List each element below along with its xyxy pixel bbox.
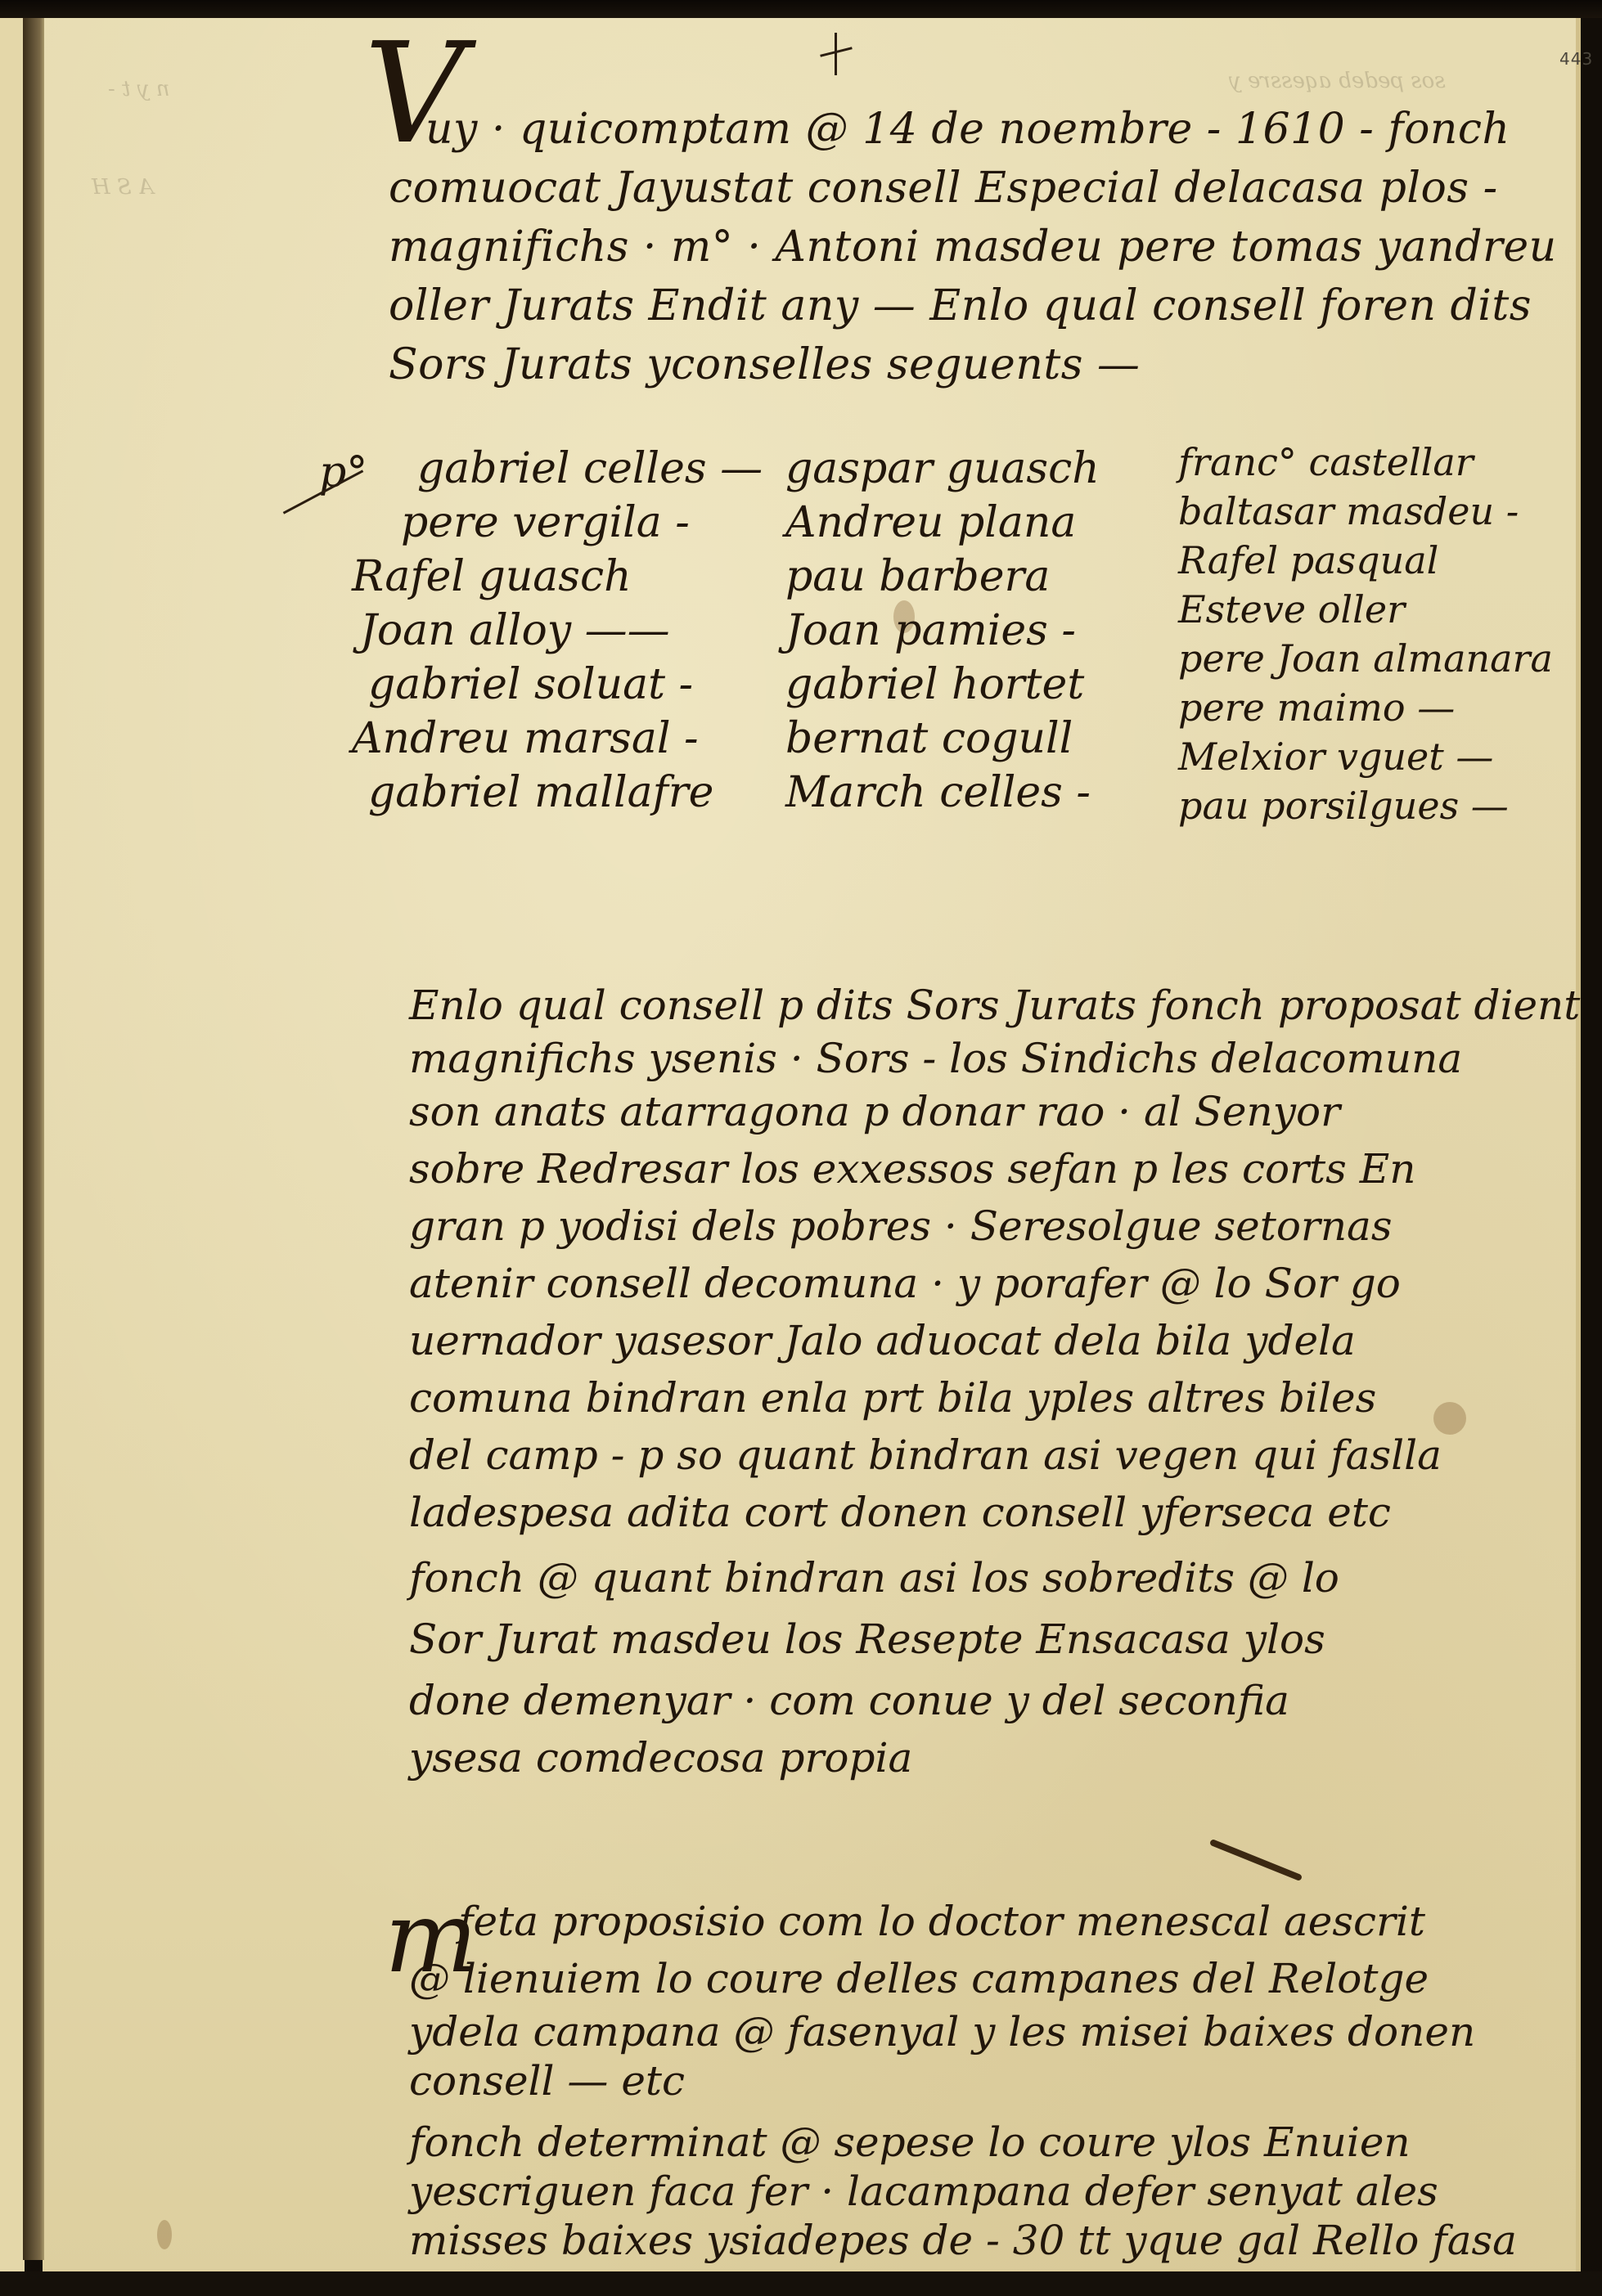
paragraph-1-line: atenir consell decomuna · y porafer @ lo… (409, 1260, 1401, 1307)
binding-gutter (23, 15, 44, 2260)
paragraph-1-line: Sor Jurat masdeu los Resepte Ensacasa yl… (409, 1615, 1325, 1663)
folio-number: 443 (1559, 49, 1593, 69)
bleed-through-text: n y t - (108, 77, 169, 101)
paragraph-3-line: fonch determinat @ sepese lo coure ylos … (409, 2119, 1411, 2166)
attendee-name: gaspar guasch (785, 442, 1100, 496)
attendee-name: gabriel celles — (417, 442, 763, 496)
heading-line: comuocat Jayustat consell Especial delac… (389, 164, 1498, 213)
paragraph-2-line: feta proposisio com lo doctor menescal a… (458, 1898, 1425, 1945)
bleed-through-text: sos pedeb aqessre y (1229, 69, 1446, 93)
paragraph-1-line: magnifichs ysenis · Sors - los Sindichs … (409, 1035, 1462, 1082)
paper-stain (157, 2220, 172, 2249)
attendee-name: Joan alloy —— (360, 604, 763, 658)
attendee-name: pere maimo — (1178, 683, 1553, 732)
attendee-name: Andreu plana (785, 496, 1100, 550)
attendee-name: Melxior vguet — (1178, 732, 1553, 781)
bleed-through-text: A S H (92, 175, 154, 200)
paragraph-1-line: sobre Redresar los exxessos sefan p les … (409, 1145, 1415, 1193)
paragraph-2-line: @ lienuiem lo coure delles campanes del … (409, 1955, 1429, 2002)
attendance-column-2: gaspar guasch Andreu plana pau barbera J… (785, 442, 1100, 820)
attendance-column-1: gabriel celles — pere vergila - Rafel gu… (344, 442, 763, 820)
attendee-name: Rafel guasch (352, 550, 763, 604)
attendee-name: pere Joan almanara (1178, 634, 1553, 683)
scan-top-edge (0, 0, 1602, 18)
heading-line: magnifichs · m° · Antoni masdeu pere tom… (389, 222, 1557, 272)
paragraph-1-line: ysesa comdecosa propia (409, 1734, 912, 1782)
attendance-column-3: franc° castellar baltasar masdeu - Rafel… (1178, 438, 1553, 830)
paragraph-1-line: uernador yasesor Jalo aduocat dela bila … (409, 1317, 1356, 1364)
heading-line: oller Jurats Endit any — Enlo qual conse… (389, 281, 1532, 330)
paragraph-3-line: misses baixes ysiadepes de - 30 tt yque … (409, 2217, 1517, 2264)
attendee-name: Andreu marsal - (352, 712, 763, 766)
paragraph-1-line: del camp - p so quant bindran asi vegen … (409, 1431, 1442, 1479)
paragraph-1-line: done demenyar · com conue y del seconfia (409, 1677, 1289, 1724)
previous-leaf-edge (0, 15, 25, 2276)
paragraph-1-line: Enlo qual consell p dits Sors Jurats fon… (409, 982, 1580, 1029)
attendee-name: franc° castellar (1178, 438, 1553, 487)
attendee-name: gabriel soluat - (368, 658, 763, 712)
cross-mark (820, 33, 853, 82)
paragraph-1-line: ladespesa adita cort donen consell yfers… (409, 1489, 1391, 1536)
paragraph-2-line: consell — etc (409, 2057, 685, 2105)
paragraph-1-line: fonch @ quant bindran asi los sobredits … (409, 1554, 1339, 1602)
attendee-name: gabriel hortet (785, 658, 1100, 712)
attendee-name: Esteve oller (1178, 585, 1553, 634)
paper-stain (1433, 1402, 1466, 1435)
paragraph-1-line: son anats atarragona p donar rao · al Se… (409, 1088, 1340, 1135)
attendee-name: pau porsilgues — (1178, 781, 1553, 830)
heading-line: uy · quicomptam @ 14 de noembre - 1610 -… (425, 105, 1510, 154)
paragraph-1-line: gran p yodisi dels pobres · Seresolgue s… (409, 1202, 1393, 1250)
attendee-name: Rafel pasqual (1178, 536, 1553, 585)
attendee-name: gabriel mallafre (368, 766, 763, 820)
attendee-name: pere vergila - (401, 496, 763, 550)
heading-line: Sors Jurats yconselles seguents — (389, 340, 1140, 389)
attendee-name: Joan pamies - (785, 604, 1100, 658)
attendee-name: bernat cogull (785, 712, 1100, 766)
paragraph-2-line: ydela campana @ fasenyal y les misei bai… (409, 2008, 1475, 2056)
attendee-name: pau barbera (785, 550, 1100, 604)
paragraph-1-line: comuna bindran enla prt bila yples altre… (409, 1374, 1376, 1422)
paragraph-3-line: yescriguen faca fer · lacampana defer se… (409, 2168, 1438, 2215)
attendee-name: March celles - (785, 766, 1100, 820)
scan-bottom-edge (0, 2271, 1602, 2296)
attendee-name: baltasar masdeu - (1178, 487, 1553, 536)
